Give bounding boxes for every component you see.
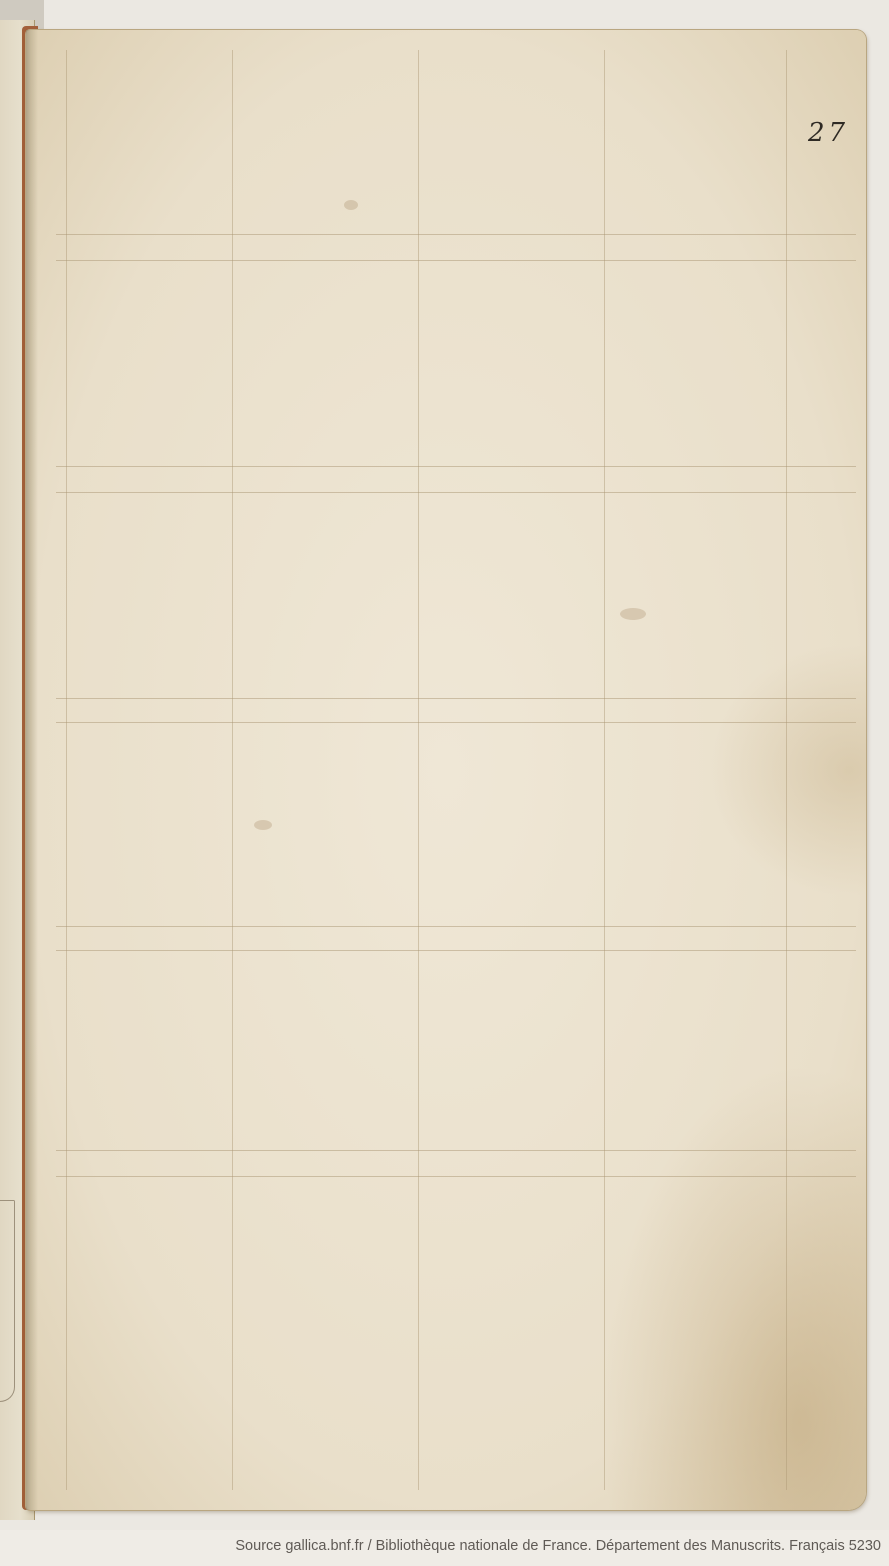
- gutter-shadow: [26, 30, 38, 1510]
- stain: [254, 820, 272, 830]
- stain: [344, 200, 358, 210]
- ruling-horizontal: [56, 492, 856, 493]
- folio-number: 27: [808, 118, 849, 148]
- previous-page-drawing: [0, 1200, 15, 1402]
- ruling-vertical: [604, 50, 605, 1490]
- ruling-horizontal: [56, 950, 856, 951]
- ruling-horizontal: [56, 1150, 856, 1151]
- ruling-vertical: [418, 50, 419, 1490]
- ruling-horizontal: [56, 1176, 856, 1177]
- ruling-horizontal: [56, 466, 856, 467]
- ruling-vertical: [232, 50, 233, 1490]
- ruling-horizontal: [56, 722, 856, 723]
- stain: [620, 608, 646, 620]
- ruling-vertical: [786, 50, 787, 1490]
- ruling-horizontal: [56, 234, 856, 235]
- ruling-horizontal: [56, 926, 856, 927]
- ruling-horizontal: [56, 260, 856, 261]
- ruling-vertical: [66, 50, 67, 1490]
- source-caption: Source gallica.bnf.fr / Bibliothèque nat…: [235, 1538, 881, 1554]
- manuscript-page: 27: [26, 30, 866, 1510]
- ruling-horizontal: [56, 698, 856, 699]
